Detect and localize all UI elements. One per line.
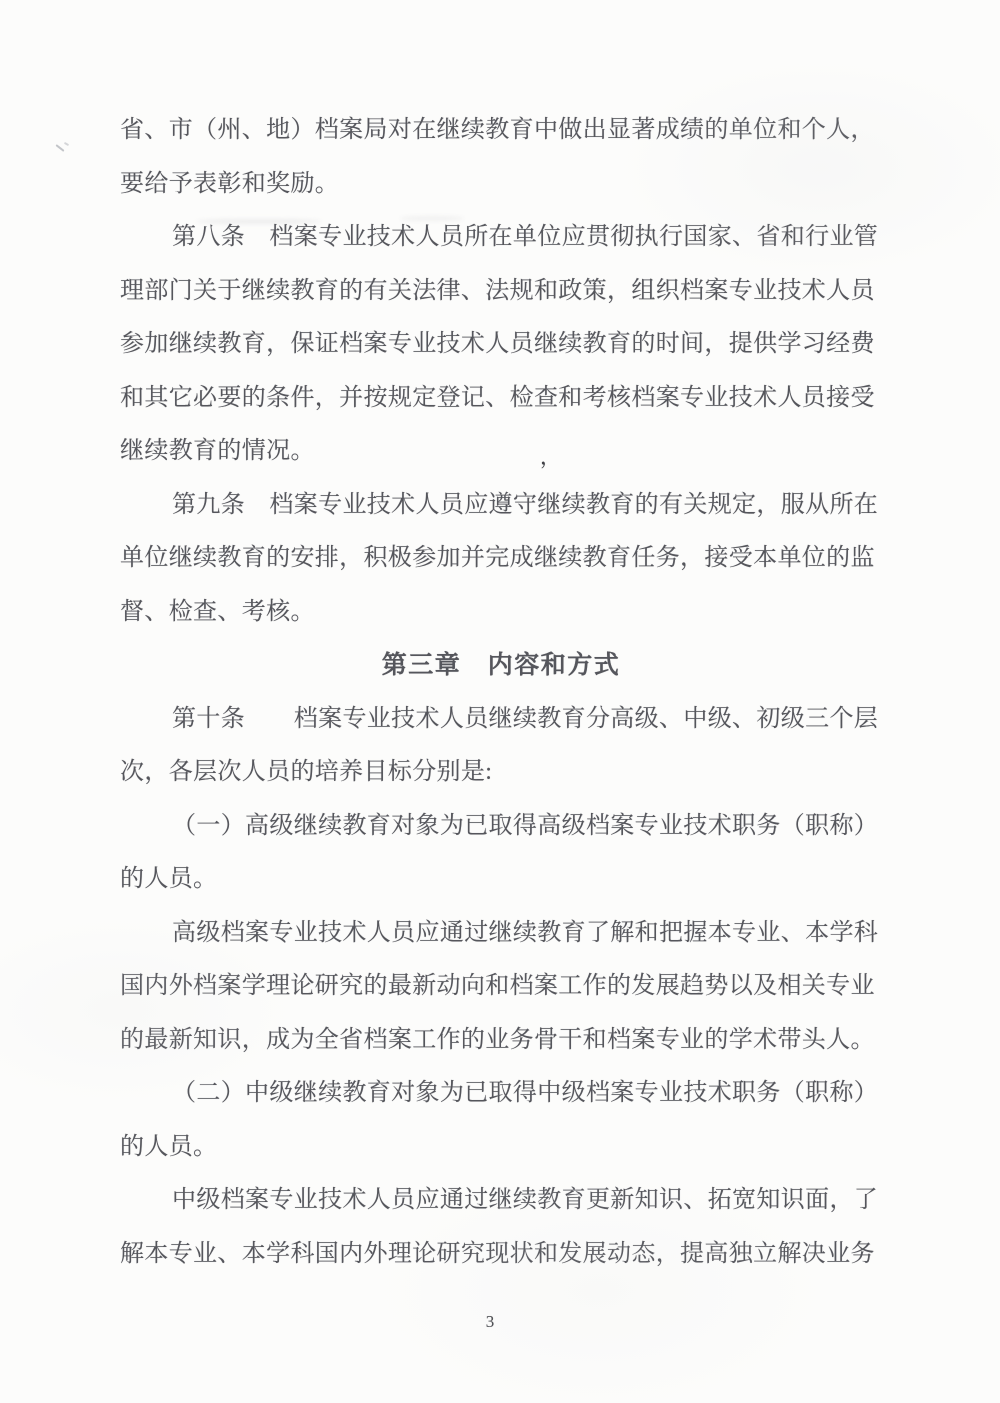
scan-artifact-ticks xyxy=(55,143,69,155)
text-line: 次，各层次人员的培养目标分别是: xyxy=(120,746,882,800)
article-10-line: 第十条 档案专业技术人员继续教育分高级、中级、初级三个层 xyxy=(120,693,882,747)
text-line: 要给予表彰和奖励。 xyxy=(120,158,882,212)
text-line: 和其它必要的条件，并按规定登记、检查和考核档案专业技术人员接受 xyxy=(120,372,882,426)
text-line: 的最新知识，成为全省档案工作的业务骨干和档案专业的学术带头人。 xyxy=(120,1014,882,1068)
text-line: 的人员。 xyxy=(120,1121,882,1175)
document-page: 省、市（州、地）档案局对在继续教育中做出显著成绩的单位和个人， 要给予表彰和奖励… xyxy=(0,0,1000,1403)
item-1-line: （一）高级继续教育对象为已取得高级档案专业技术职务（职称） xyxy=(120,800,882,854)
text-line: 督、检查、考核。 xyxy=(120,586,882,640)
text-line: 高级档案专业技术人员应通过继续教育了解和把握本专业、本学科 xyxy=(120,907,882,961)
text-line: 参加继续教育，保证档案专业技术人员继续教育的时间，提供学习经费 xyxy=(120,318,882,372)
text-line: 单位继续教育的安排，积极参加并完成继续教育任务，接受本单位的监 xyxy=(120,532,882,586)
page-number: 3 xyxy=(0,1312,980,1332)
text-line: 解本专业、本学科国内外理论研究现状和发展动态，提高独立解决业务 xyxy=(120,1228,882,1282)
text-line: 省、市（州、地）档案局对在继续教育中做出显著成绩的单位和个人， xyxy=(120,104,882,158)
text-line: 理部门关于继续教育的有关法律、法规和政策，组织档案专业技术人员 xyxy=(120,265,882,319)
item-2-line: （二）中级继续教育对象为已取得中级档案专业技术职务（职称） xyxy=(120,1067,882,1121)
article-8-line: 第八条 档案专业技术人员所在单位应贯彻执行国家、省和行业管 xyxy=(120,211,882,265)
article-9-line: 第九条 档案专业技术人员应遵守继续教育的有关规定，服从所在 xyxy=(120,479,882,533)
document-text-block: 省、市（州、地）档案局对在继续教育中做出显著成绩的单位和个人， 要给予表彰和奖励… xyxy=(120,104,882,1281)
chapter-heading: 第三章 内容和方式 xyxy=(120,639,882,693)
text-line: 的人员。 xyxy=(120,853,882,907)
scan-artifact-comma: ， xyxy=(540,441,561,471)
text-line: 中级档案专业技术人员应通过继续教育更新知识、拓宽知识面，了 xyxy=(120,1174,882,1228)
text-line: 国内外档案学理论研究的最新动向和档案工作的发展趋势以及相关专业 xyxy=(120,960,882,1014)
text-line: 继续教育的情况。 xyxy=(120,425,882,479)
